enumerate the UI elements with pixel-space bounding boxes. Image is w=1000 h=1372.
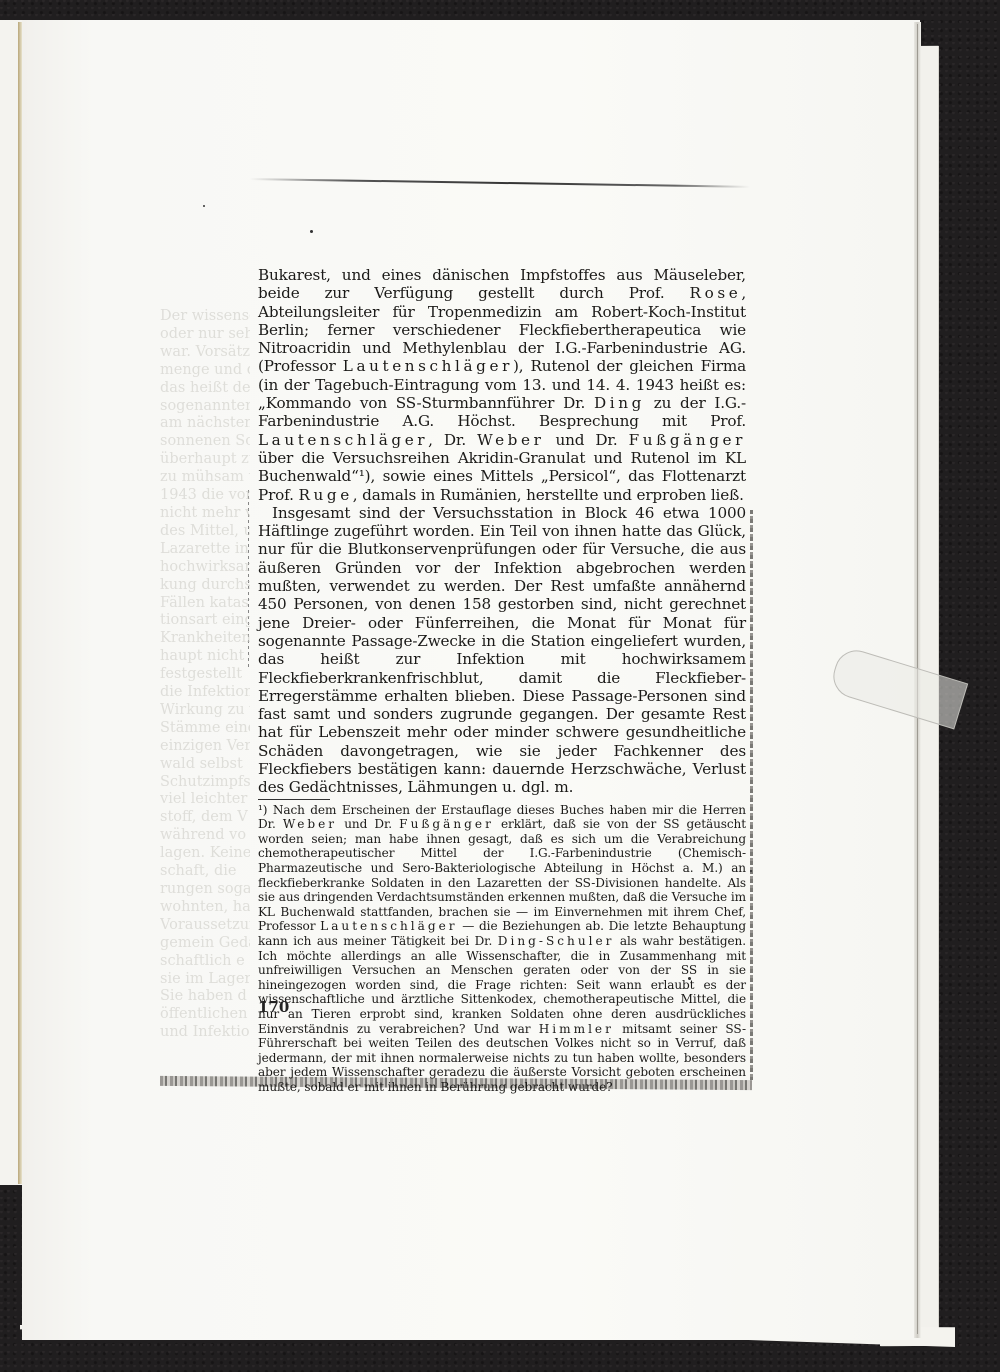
text-run: erklärt, daß sie von der SS getäuscht wo… [258,817,746,933]
name-ding-schuler: Ding-Schuler [498,934,615,948]
name-himmler: Himmler [539,1022,614,1036]
text-run: , Dr. [428,431,477,449]
paragraph-1: Bukarest, und eines dänischen Impfstoffe… [258,266,746,504]
footnote-divider [258,799,330,800]
transparent-page-tab [842,645,920,723]
name-lautenschlaeger: Lautenschläger [320,919,457,933]
text-run: und Dr. [544,431,628,449]
page-text: Bukarest, und eines dänischen Impfstoffe… [258,266,746,1094]
speck [750,870,752,872]
speck [310,230,313,233]
name-weber: Weber [283,817,337,831]
body-text: Bukarest, und eines dänischen Impfstoffe… [258,266,746,797]
name-fussgaenger: Fußgänger [629,431,746,449]
text-run: Insgesamt sind der Versuchsstation in Bl… [258,504,746,796]
photocopied-insert: Der wissenschoder nur sehr gwar. Vorsätz… [160,180,752,1100]
speck [203,205,205,207]
text-run: als wahr bestätigen. Ich möchte allerdin… [258,934,746,1036]
name-weber: Weber [477,431,544,449]
text-run: und Dr. [337,817,399,831]
text-run: Bukarest, und eines dänischen Impfstoffe… [258,266,746,302]
footnote-marker: ¹) [258,803,267,817]
name-lautenschlaeger: Lautenschläger [343,357,513,375]
photocopy-top-border [250,178,750,188]
bleed-through-text: Der wissenschoder nur sehr gwar. Vorsätz… [160,308,250,1042]
name-fussgaenger: Fußgänger [399,817,494,831]
photocopy-right-border [750,510,753,1080]
footnote: ¹) Nach dem Erscheinen der Erstauflage d… [258,803,746,1095]
name-ding: Ding [594,394,645,412]
name-ruge: Ruge [298,486,352,504]
page-number: 170 [258,998,289,1016]
paragraph-2: Insgesamt sind der Versuchsstation in Bl… [258,504,746,797]
name-rose: Rose [690,284,742,302]
text-run: , damals in Rumänien, herstellte und erp… [353,486,744,504]
name-lautenschlaeger: Lautenschläger [258,431,428,449]
